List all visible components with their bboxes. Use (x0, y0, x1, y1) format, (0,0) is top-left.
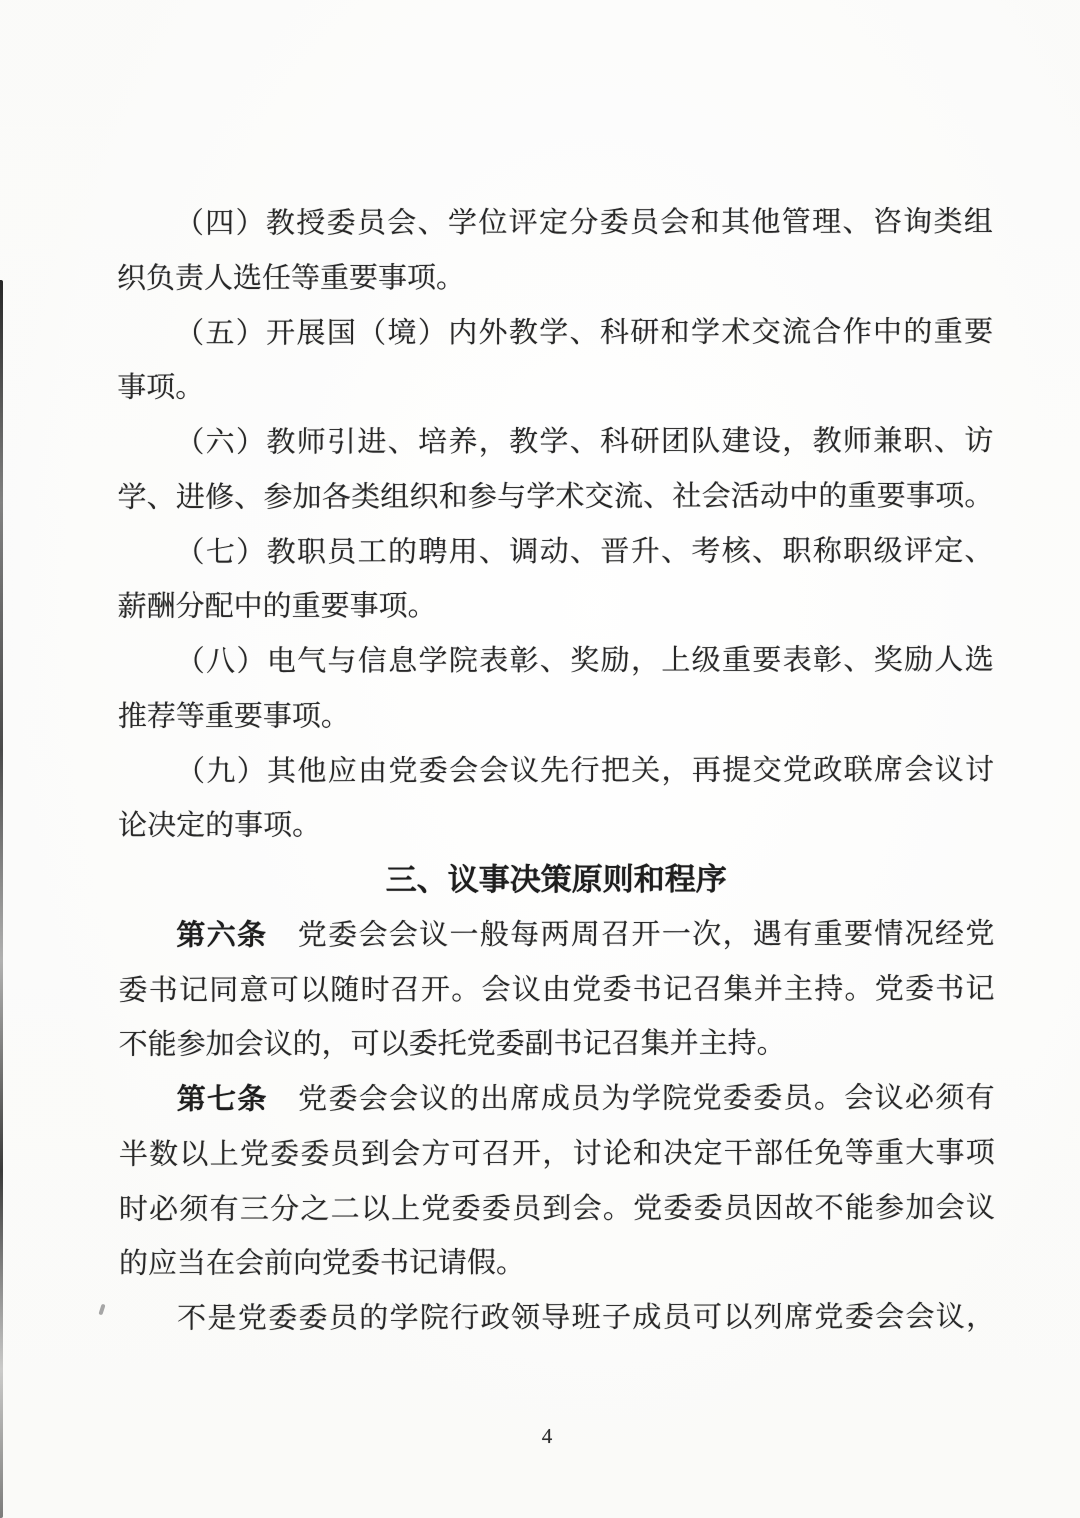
document-text-column: （四）教授委员会、学位评定分委员会和其他管理、咨询类组 织负责人选任等重要事项。… (117, 195, 995, 1347)
document-line: （四）教授委员会、学位评定分委员会和其他管理、咨询类组 (117, 195, 993, 252)
document-line: 织负责人选任等重要事项。 (117, 250, 993, 307)
document-line: （八）电气与信息学院表彰、奖励，上级重要表彰、奖励人选 (118, 633, 994, 690)
document-line: 薪酬分配中的重要事项。 (118, 578, 994, 635)
document-line: 推荐等重要事项。 (118, 688, 994, 745)
document-line: 学、进修、参加各类组织和参与学术交流、社会活动中的重要事项。 (117, 469, 993, 526)
document-line: 半数以上党委委员到会方可召开，讨论和决定干部任免等重大事项 (119, 1126, 995, 1183)
document-line: 时必须有三分之二以上党委委员到会。党委委员因故不能参加会议 (119, 1181, 995, 1238)
document-line: 事项。 (117, 359, 993, 416)
document-line: 不能参加会议的，可以委托党委副书记召集并主持。 (119, 1016, 995, 1073)
document-line: （七）教职员工的聘用、调动、晋升、考核、职称职级评定、 (117, 524, 993, 581)
document-line: 第七条 党委会会议的出席成员为学院党委委员。会议必须有 (119, 1071, 995, 1128)
page-number: 4 (7, 1424, 1080, 1449)
document-line: （五）开展国（境）内外教学、科研和学术交流合作中的重要 (117, 305, 993, 362)
article-label: 第七条 (177, 1084, 268, 1116)
document-line: （九）其他应由党委会会议先行把关，再提交党政联席会议讨 (118, 743, 994, 800)
scan-speck-artifact (98, 1304, 105, 1316)
scan-edge-artifact (0, 280, 3, 1518)
document-line-text: 党委会会议一般每两周召开一次，遇有重要情况经党 (267, 918, 994, 952)
document-line: （六）教师引进、培养，教学、科研团队建设，教师兼职、访 (117, 414, 993, 471)
document-page: （四）教授委员会、学位评定分委员会和其他管理、咨询类组 织负责人选任等重要事项。… (0, 0, 1080, 1518)
article-label: 第六条 (176, 919, 267, 951)
document-line: 不是党委委员的学院行政领导班子成员可以列席党委会会议， (119, 1290, 995, 1347)
document-line: 论决定的事项。 (118, 797, 994, 854)
document-line: 的应当在会前向党委书记请假。 (119, 1235, 995, 1292)
document-line: 第六条 党委会会议一般每两周召开一次，遇有重要情况经党 (118, 907, 994, 964)
document-line-text: 党委会会议的出席成员为学院党委委员。会议必须有 (268, 1082, 995, 1116)
document-line: 委书记同意可以随时召开。会议由党委书记召集并主持。党委书记 (118, 962, 994, 1019)
section-heading: 三、议事决策原则和程序 (118, 852, 994, 909)
